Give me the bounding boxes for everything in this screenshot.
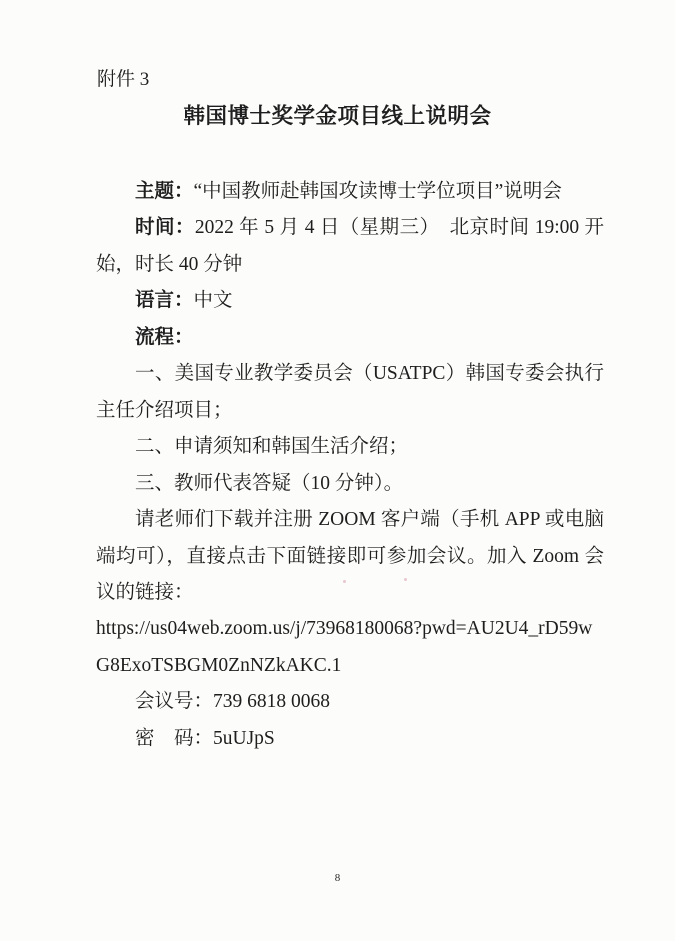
time-label: 时间： [135, 217, 195, 238]
password-value: 5uUJpS [213, 728, 275, 749]
agenda-heading-label: 流程： [135, 327, 194, 348]
subject-line: 主题：“中国教师赴韩国攻读博士学位项目”说明会 [96, 174, 604, 210]
agenda-item-1: 一、美国专业教学委员会（USATPC）韩国专委会执行主任介绍项目； [96, 356, 604, 429]
language-text: 中文 [194, 290, 233, 311]
language-label: 语言： [135, 290, 194, 311]
page-number: 8 [0, 872, 675, 884]
attachment-label: 附件 3 [97, 67, 149, 93]
zoom-instructions: 请老师们下载并注册 ZOOM 客户端（手机 APP 或电脑端均可），直接点击下面… [96, 502, 604, 611]
meeting-id-line: 会议号：739 6818 0068 [96, 684, 604, 720]
subject-label: 主题： [135, 181, 194, 202]
zoom-meeting-link: https://us04web.zoom.us/j/73968180068?pw… [96, 611, 604, 684]
scanned-document-page: 附件 3 韩国博士奖学金项目线上说明会 主题：“中国教师赴韩国攻读博士学位项目”… [0, 0, 675, 941]
scan-speck [343, 580, 346, 583]
password-line: 密 码：5uUJpS [96, 721, 604, 757]
meeting-id-value: 739 6818 0068 [213, 691, 330, 712]
document-title: 韩国博士奖学金项目线上说明会 [0, 99, 675, 130]
document-body: 主题：“中国教师赴韩国攻读博士学位项目”说明会 时间：2022 年 5 月 4 … [96, 174, 604, 757]
agenda-heading: 流程： [96, 320, 604, 356]
meeting-id-label: 会议号： [135, 691, 213, 712]
zoom-link-line-2: G8ExoTSBGM0ZnNZkAKC.1 [96, 648, 604, 684]
agenda-item-2: 二、申请须知和韩国生活介绍； [96, 429, 604, 465]
time-line: 时间：2022 年 5 月 4 日（星期三） 北京时间 19:00 开始，时长 … [96, 210, 604, 283]
agenda-item-3: 三、教师代表答疑（10 分钟）。 [96, 466, 604, 502]
subject-text: “中国教师赴韩国攻读博士学位项目”说明会 [194, 181, 562, 202]
scan-speck [404, 578, 407, 581]
password-label: 密 码： [135, 728, 213, 749]
language-line: 语言：中文 [96, 283, 604, 319]
zoom-link-line-1: https://us04web.zoom.us/j/73968180068?pw… [96, 611, 604, 647]
